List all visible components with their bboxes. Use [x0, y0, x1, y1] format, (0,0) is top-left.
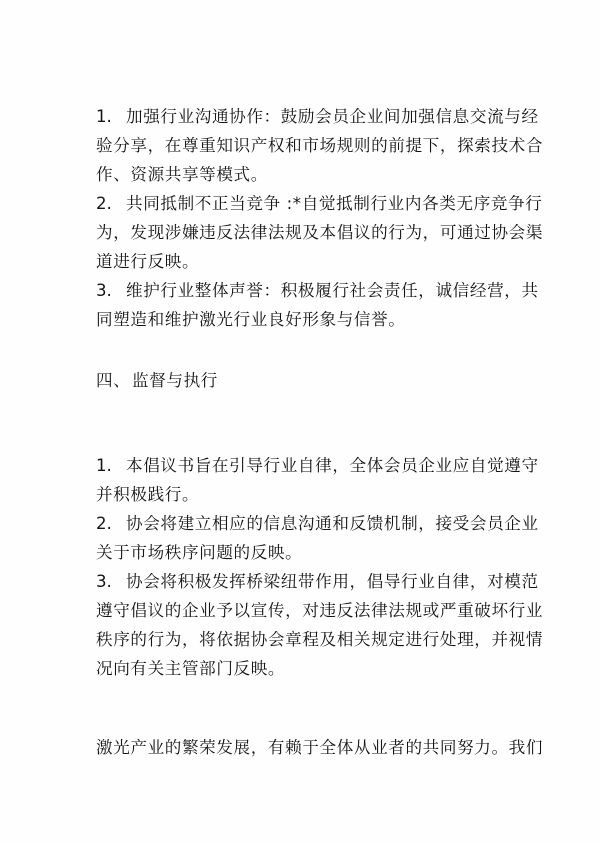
list-number: 2.: [96, 514, 126, 534]
list-number: 2.: [96, 194, 126, 214]
section-4-item-3-line-4: 况向有关主管部门反映。: [96, 659, 516, 679]
section-4-item-1-line-2: 并积极践行。: [96, 485, 516, 505]
list-item-text: 加强行业沟通协作：鼓励会员企业间加强信息交流与经: [126, 107, 539, 126]
list-item-1-line-2: 验分享，在尊重知识产权和市场规则的前提下，探索技术合: [96, 136, 516, 156]
section-4-item-3-line-2: 遵守倡议的企业予以宣传，对违反法律法规或严重破坏行业: [96, 601, 516, 621]
section-marker: 四、: [96, 371, 132, 391]
list-item-text: 本倡议书旨在引导行业自律，全体会员企业应自觉遵守: [126, 456, 539, 475]
list-item-2-line-3: 道进行反映。: [96, 252, 516, 272]
list-item-1-line-1: 1.加强行业沟通协作：鼓励会员企业间加强信息交流与经: [96, 107, 516, 127]
list-number: 3.: [96, 572, 126, 592]
list-number: 1.: [96, 456, 126, 476]
list-item-1-line-3: 作、资源共享等模式。: [96, 165, 516, 185]
list-item-2-line-1: 2.共同抵制不正当竞争 :*自觉抵制行业内各类无序竞争行: [96, 194, 516, 214]
section-4-item-2-line-2: 关于市场秩序问题的反映。: [96, 543, 516, 563]
list-item-text: 维护行业整体声誉：积极履行社会责任，诚信经营，共: [126, 281, 539, 300]
list-item-text: 共同抵制不正当竞争 :*自觉抵制行业内各类无序竞争行: [126, 194, 542, 213]
list-item-text: 协会将建立相应的信息沟通和反馈机制，接受会员企业: [126, 514, 539, 533]
list-item-3-line-2: 同塑造和维护激光行业良好形象与信誉。: [96, 310, 516, 330]
section-4-item-1-line-1: 1.本倡议书旨在引导行业自律，全体会员企业应自觉遵守: [96, 456, 516, 476]
document-page: 1.加强行业沟通协作：鼓励会员企业间加强信息交流与经 验分享，在尊重知识产权和市…: [0, 0, 600, 842]
list-item-3-line-1: 3.维护行业整体声誉：积极履行社会责任，诚信经营，共: [96, 281, 516, 301]
list-number: 3.: [96, 281, 126, 301]
section-title: 监督与执行: [132, 371, 218, 390]
section-4-item-3-line-1: 3.协会将积极发挥桥梁纽带作用，倡导行业自律，对模范: [96, 572, 516, 592]
closing-paragraph-line-1: 激光产业的繁荣发展，有赖于全体从业者的共同努力。我们: [96, 738, 516, 758]
section-heading: 四、监督与执行: [96, 371, 516, 391]
list-number: 1.: [96, 107, 126, 127]
list-item-2-line-2: 为，发现涉嫌违反法律法规及本倡议的行为，可通过协会渠: [96, 223, 516, 243]
section-4-item-3-line-3: 秩序的行为，将依据协会章程及相关规定进行处理，并视情: [96, 630, 516, 650]
section-4-item-2-line-1: 2.协会将建立相应的信息沟通和反馈机制，接受会员企业: [96, 514, 516, 534]
list-item-text: 协会将积极发挥桥梁纽带作用，倡导行业自律，对模范: [126, 572, 539, 591]
